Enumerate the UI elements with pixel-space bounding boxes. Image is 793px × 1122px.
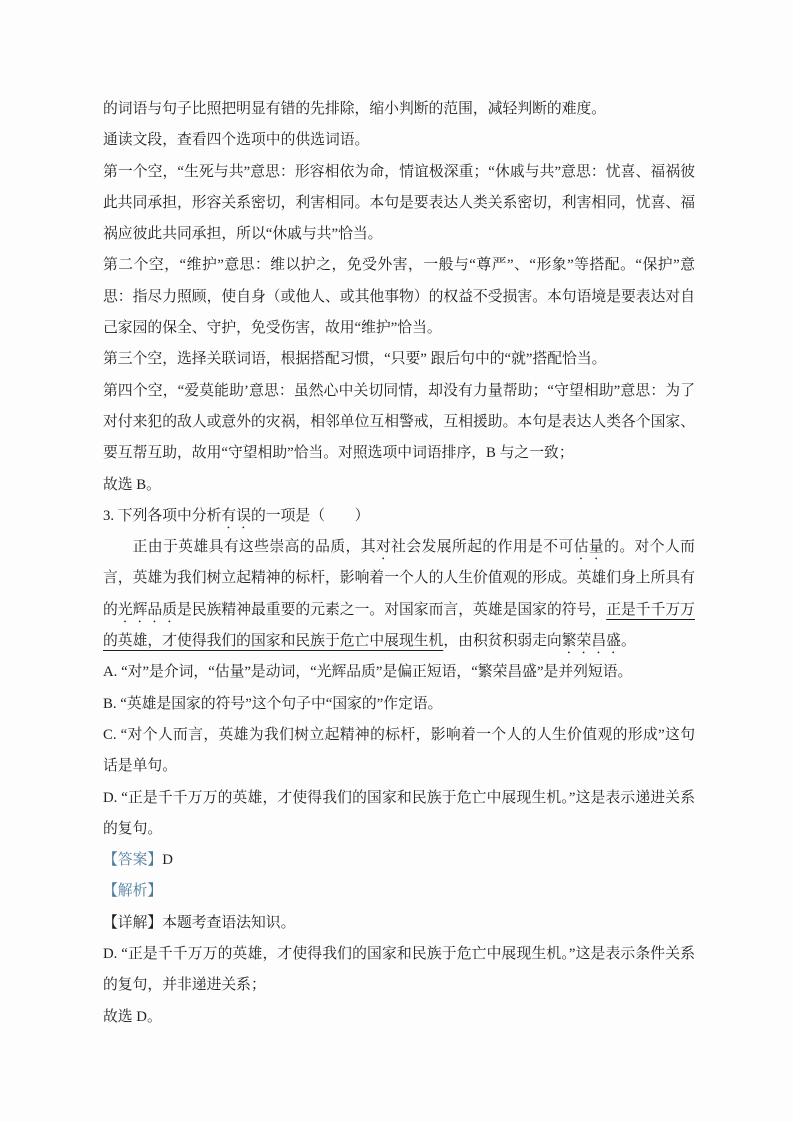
text-segment: 估量 <box>574 539 604 555</box>
text-segment: D. “正是千千万万的英雄，才使得我们的国家和民族于危亡中展现生机。”这是表示条… <box>103 946 695 993</box>
text-segment: 故选 D。 <box>103 1009 162 1025</box>
text-segment: 的词语与句子比照把明显有错的先排除，缩小判断的范围，减轻判断的难度。 <box>103 101 606 117</box>
detail-label-line: 【详解】本题考查语法知识。 <box>103 908 695 939</box>
text-segment: 【解析】 <box>103 883 162 899</box>
text-segment: 第一个空，“生死与共”意思：形容相依为命，情谊极深重；“休戚与共”意思：忧喜、福… <box>103 164 695 243</box>
text-segment: 故选 B。 <box>103 477 161 493</box>
text-segment: B. “英雄是国家的符号”这个句子中“国家的”作定语。 <box>103 696 442 712</box>
question-3-option-a: A. “对”是介词，“估量”是动词，“光辉品质”是偏正短语，“繁荣昌盛”是并列短… <box>103 657 695 688</box>
text-segment: 【详解】本题考查语法知识。 <box>103 915 295 931</box>
answer-conclusion-d: 故选 D。 <box>103 1002 695 1033</box>
analysis-label-line: 【解析】 <box>103 876 695 907</box>
text-segment: 繁荣昌盛 <box>562 633 621 649</box>
text-segment: 有误 <box>221 508 251 524</box>
question-3-option-b: B. “英雄是国家的符号”这个句子中“国家的”作定语。 <box>103 689 695 720</box>
text-segment: 3. 下列各项中分析 <box>103 508 221 524</box>
answer-conclusion-b: 故选 B。 <box>103 470 695 501</box>
text-segment: 光辉品质 <box>118 602 177 618</box>
explanation-blank-1: 第一个空，“生死与共”意思：形容相依为命，情谊极深重；“休戚与共”意思：忧喜、福… <box>103 157 695 251</box>
explanation-read-passage-line: 通读文段，查看四个选项中的供选词语。 <box>103 125 695 156</box>
text-segment: D. “正是千千万万的英雄，才使得我们的国家和民族于危亡中展现生机。”这是表示递… <box>103 790 695 837</box>
text-segment: 对 <box>376 539 391 555</box>
question-3-passage: 正由于英雄具有这些崇高的品质，其对社会发展所起的作用是不可估量的。对个人而言，英… <box>103 532 695 657</box>
explanation-strategy-line: 的词语与句子比照把明显有错的先排除，缩小判断的范围，减轻判断的难度。 <box>103 94 695 125</box>
text-segment: 通读文段，查看四个选项中的供选词语。 <box>103 132 369 148</box>
text-segment: A. “对”是介词，“估量”是动词，“光辉品质”是偏正短语，“繁荣昌盛”是并列短… <box>103 664 632 680</box>
explanation-blank-2: 第二个空，“维护”意思：维以护之，免受外害，一般与“尊严”、“形象”等搭配。“保… <box>103 250 695 344</box>
text-segment: 第二个空，“维护”意思：维以护之，免受外害，一般与“尊严”、“形象”等搭配。“保… <box>103 257 695 336</box>
text-segment: 社会发展所起的作用是不可 <box>391 539 574 555</box>
text-segment: 第三个空，选择关联词语，根据搭配习惯，“只要” 跟后句中的“就”搭配恰当。 <box>103 351 606 367</box>
text-segment: 是民族精神最重要的元素之一。对国家而言，英雄是国家的符号， <box>177 602 606 618</box>
exam-answer-document-page: 的词语与句子比照把明显有错的先排除，缩小判断的范围，减轻判断的难度。通读文段，查… <box>0 0 793 1122</box>
text-segment: C. “对个人而言，英雄为我们树立起精神的标杆，影响着一个人的人生价值观的形成”… <box>103 727 695 774</box>
explanation-blank-3: 第三个空，选择关联词语，根据搭配习惯，“只要” 跟后句中的“就”搭配恰当。 <box>103 344 695 375</box>
text-segment: 【答案】 <box>103 852 162 868</box>
text-segment: ，由积贫积弱走向 <box>443 633 561 649</box>
text-segment: 第四个空，“爱莫能助’意思：虽然心中关切同情，却没有力量帮助；“守望相助”意思：… <box>103 383 695 462</box>
text-segment: 。 <box>621 633 636 649</box>
detail-option-d-explanation: D. “正是千千万万的英雄，才使得我们的国家和民族于危亡中展现生机。”这是表示条… <box>103 939 695 1002</box>
question-3-stem: 3. 下列各项中分析有误的一项是（ ） <box>103 501 695 532</box>
question-3-option-d: D. “正是千千万万的英雄，才使得我们的国家和民族于危亡中展现生机。”这是表示递… <box>103 783 695 846</box>
text-segment: 的一项是（ ） <box>251 508 369 524</box>
document-body: 的词语与句子比照把明显有错的先排除，缩小判断的范围，减轻判断的难度。通读文段，查… <box>103 94 695 1033</box>
explanation-blank-4: 第四个空，“爱莫能助’意思：虽然心中关切同情，却没有力量帮助；“守望相助”意思：… <box>103 376 695 470</box>
question-3-option-c: C. “对个人而言，英雄为我们树立起精神的标杆，影响着一个人的人生价值观的形成”… <box>103 720 695 783</box>
text-segment: 正由于英雄具有这些崇高的品质，其 <box>133 539 376 555</box>
answer-label-line: 【答案】D <box>103 845 695 876</box>
text-segment: D <box>162 852 173 868</box>
